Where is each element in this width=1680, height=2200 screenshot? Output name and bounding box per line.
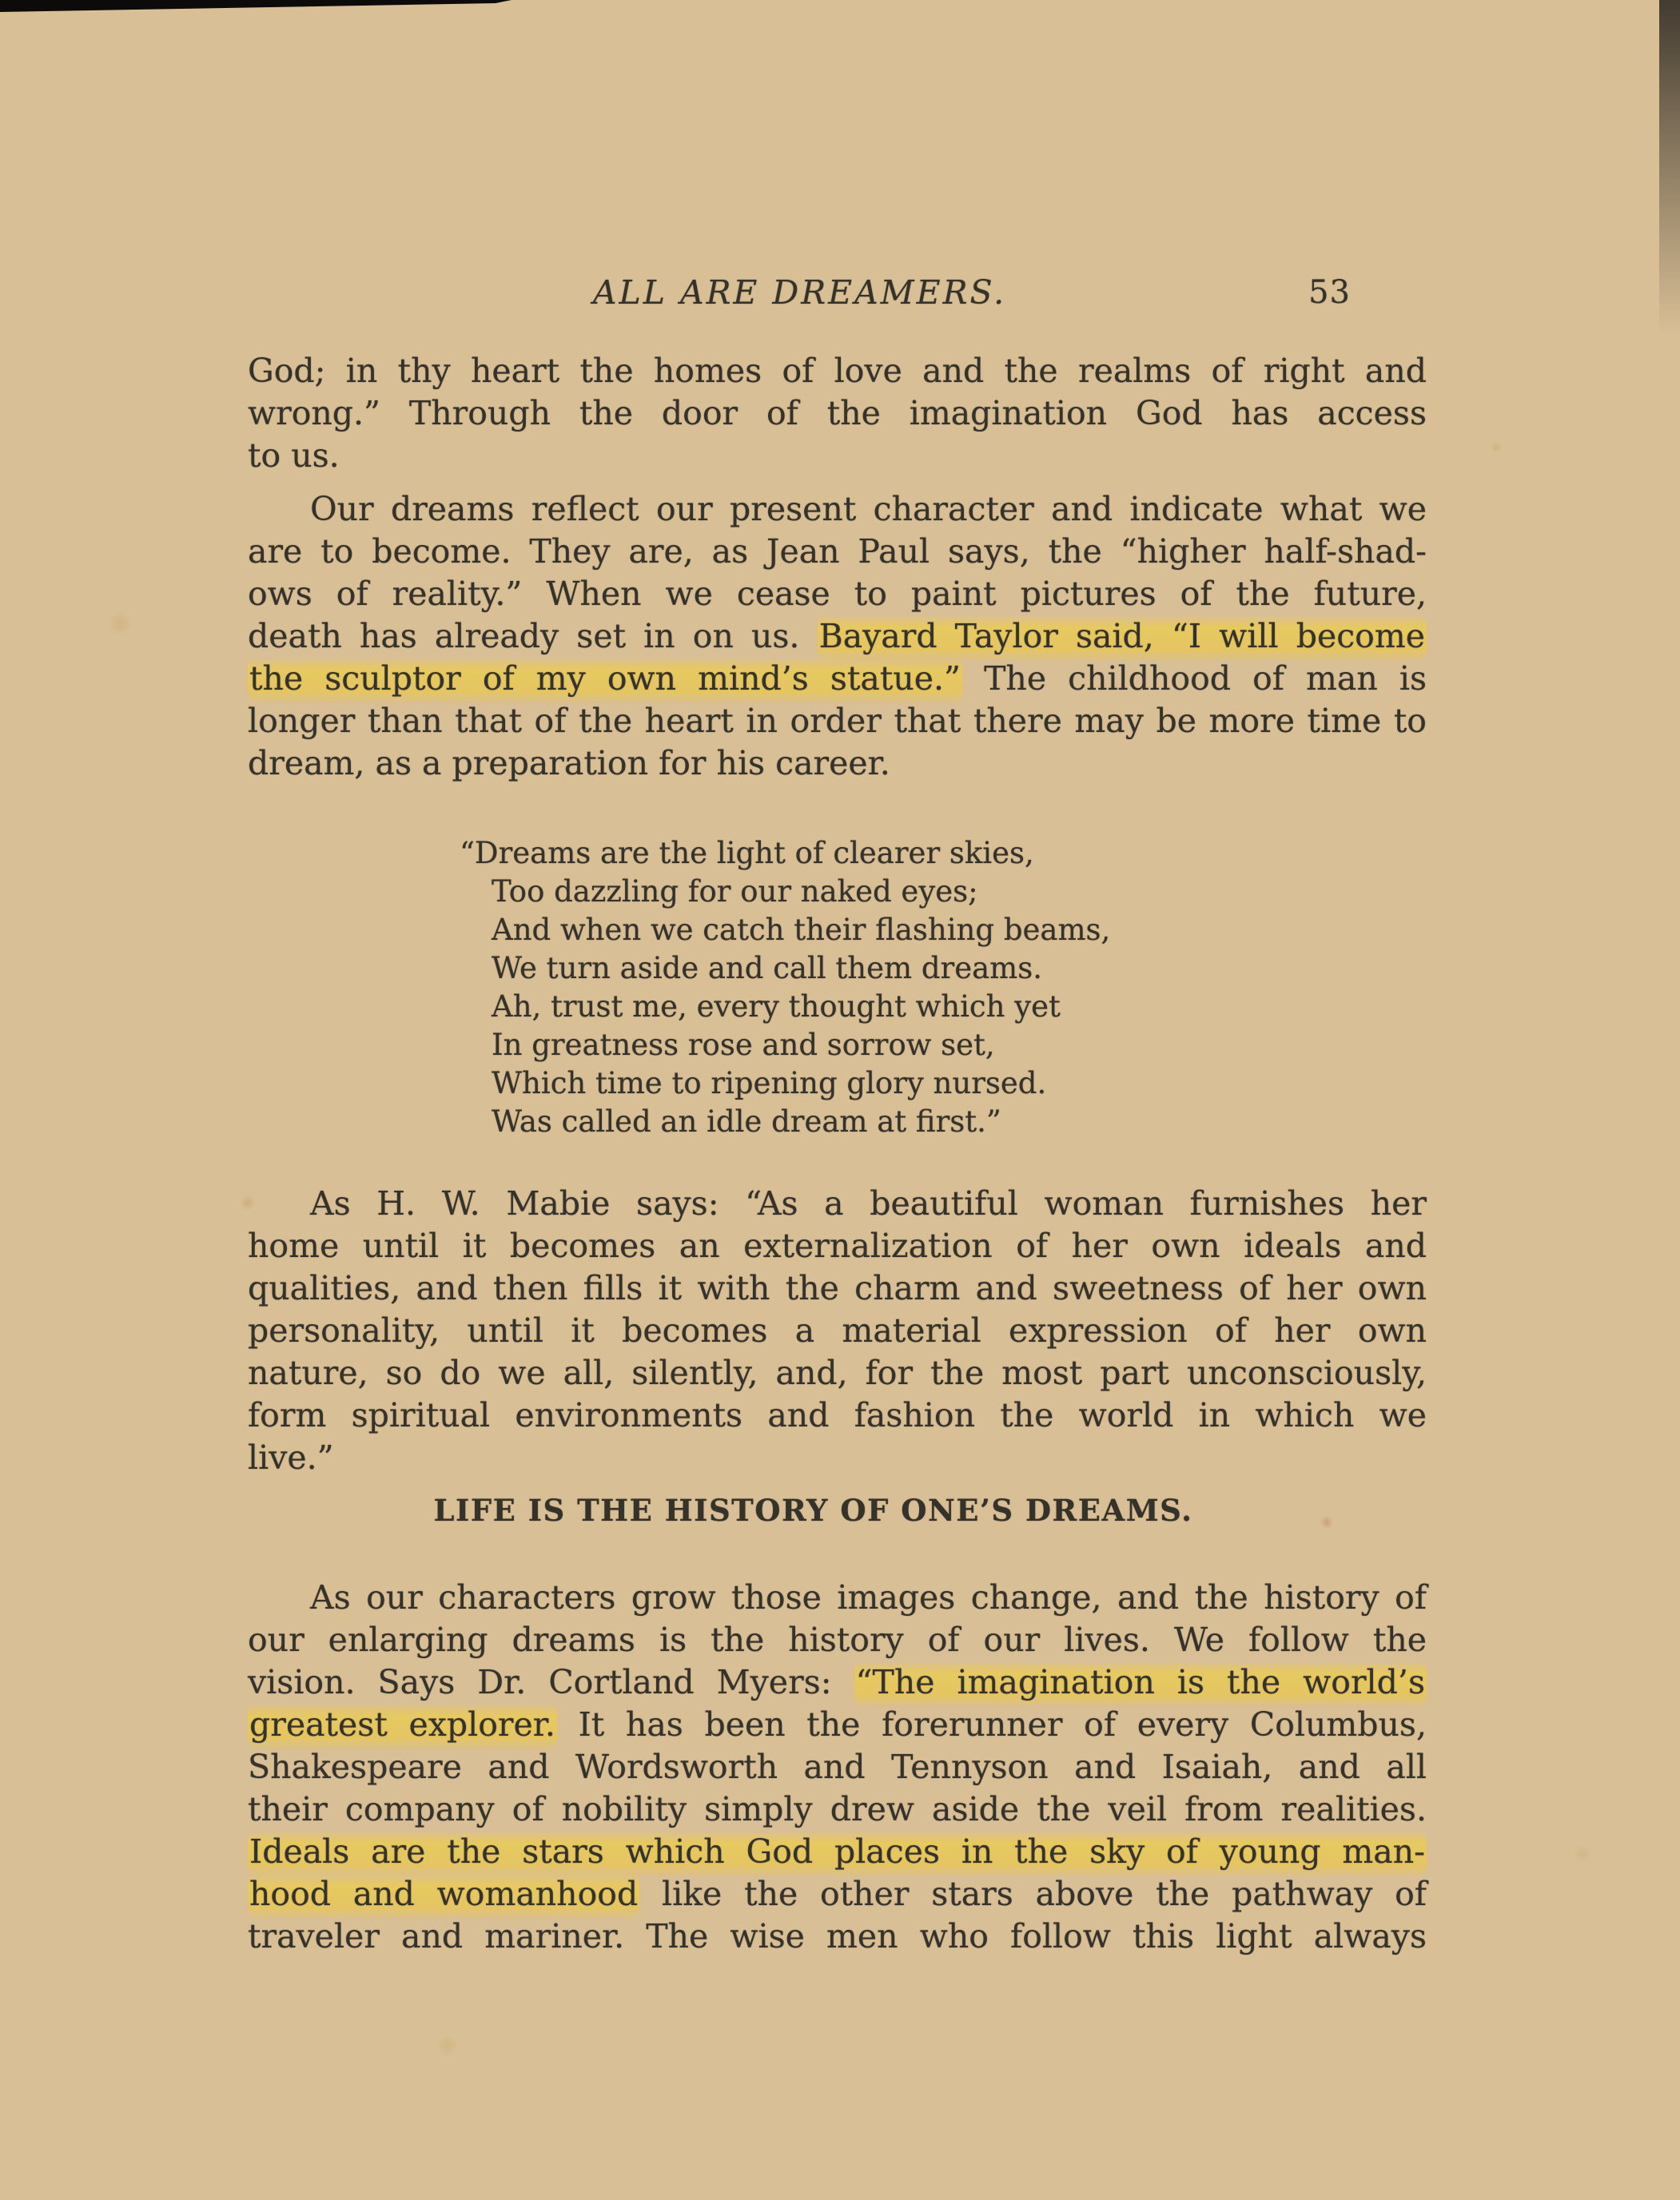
highlighted-text: Ideals are the stars which God places in…	[248, 1832, 1427, 1871]
poem-line: Too dazzling for our naked eyes;	[492, 873, 1427, 911]
text-segment: The childhood of man is	[962, 659, 1427, 698]
text-line: their company of nobility simply drew as…	[248, 1788, 1427, 1831]
text-line: our enlarging dreams is the history of o…	[248, 1619, 1427, 1661]
paragraph: As H. W. Mabie says: “As a beautiful wom…	[248, 1183, 1427, 1479]
text-segment: qualities, and then fills it with the ch…	[248, 1269, 1427, 1307]
text-segment: As H. W. Mabie says: “As a beautiful wom…	[310, 1184, 1427, 1223]
running-header-row: ALL ARE DREAMERS. 53	[248, 272, 1427, 314]
poem-line: And when we catch their flashing beams,	[492, 911, 1427, 949]
text-segment: their company of nobility simply drew as…	[248, 1790, 1427, 1828]
text-line: qualities, and then fills it with the ch…	[248, 1267, 1427, 1310]
text-segment: nature, so do we all, silently, and, for…	[248, 1354, 1427, 1392]
poem-line: Which time to ripening glory nursed.	[492, 1064, 1427, 1103]
text-line: the sculptor of my own mind’s statue.” T…	[248, 658, 1427, 700]
running-header: ALL ARE DREAMERS.	[248, 272, 1352, 314]
text-segment: like the other stars above the pathway o…	[639, 1875, 1427, 1913]
text-line: dream, as a preparation for his career.	[248, 742, 1427, 785]
section-heading: LIFE IS THE HISTORY OF ONE’S DREAMS.	[248, 1490, 1379, 1530]
text-segment: Shakespeare and Wordsworth and Tennyson …	[248, 1748, 1427, 1786]
text-line: longer than that of the heart in order t…	[248, 700, 1427, 742]
book-page-scan: ALL ARE DREAMERS. 53 God; in thy heart t…	[0, 0, 1680, 2200]
text-line: are to become. They are, as Jean Paul sa…	[248, 531, 1427, 573]
text-line: home until it becomes an externalization…	[248, 1225, 1427, 1267]
text-line: Ideals are the stars which God places in…	[248, 1831, 1427, 1873]
poem-line: Was called an idle dream at first.”	[492, 1103, 1427, 1141]
text-line: God; in thy heart the homes of love and …	[248, 350, 1427, 392]
text-segment: live.”	[248, 1438, 334, 1477]
text-line: personality, until it becomes a material…	[248, 1310, 1427, 1352]
text-segment: Our dreams reflect our present character…	[310, 490, 1427, 528]
highlighted-text: greatest explorer.	[248, 1705, 557, 1744]
poem: “Dreams are the light of clearer skies,T…	[460, 834, 1427, 1141]
text-segment: God; in thy heart the homes of love and …	[248, 352, 1427, 390]
text-line: As our characters grow those images chan…	[248, 1577, 1427, 1619]
text-segment: home until it becomes an externalization…	[248, 1227, 1427, 1265]
book-fore-edge-shadow	[1659, 0, 1680, 336]
text-line: live.”	[248, 1437, 1427, 1479]
text-line: Shakespeare and Wordsworth and Tennyson …	[248, 1746, 1427, 1788]
text-segment: death has already set in on us.	[248, 617, 818, 655]
text-line: traveler and mariner. The wise men who f…	[248, 1916, 1427, 1958]
highlighted-text: Bayard Taylor said, “I will become	[818, 617, 1427, 655]
text-line: vision. Says Dr. Cortland Myers: “The im…	[248, 1661, 1427, 1704]
text-line: to us.	[248, 435, 1427, 477]
text-segment: wrong.” Through the door of the imaginat…	[248, 394, 1427, 432]
text-segment: are to become. They are, as Jean Paul sa…	[248, 532, 1427, 571]
text-segment: form spiritual environments and fashion …	[248, 1396, 1427, 1434]
text-segment: personality, until it becomes a material…	[248, 1311, 1427, 1350]
text-segment: It has been the forerunner of every Colu…	[557, 1705, 1427, 1744]
paragraph: As our characters grow those images chan…	[248, 1577, 1427, 1958]
page-body: God; in thy heart the homes of love and …	[248, 350, 1427, 1958]
text-line: form spiritual environments and fashion …	[248, 1394, 1427, 1437]
highlighted-text: the sculptor of my own mind’s statue.”	[248, 659, 962, 698]
text-line: hood and womanhood like the other stars …	[248, 1873, 1427, 1916]
text-segment: longer than that of the heart in order t…	[248, 702, 1427, 740]
poem-line: In greatness rose and sorrow set,	[492, 1026, 1427, 1064]
paragraph: God; in thy heart the homes of love and …	[248, 350, 1427, 477]
paragraph: Our dreams reflect our present character…	[248, 488, 1427, 785]
text-line: greatest explorer. It has been the forer…	[248, 1704, 1427, 1746]
text-segment: As our characters grow those images chan…	[310, 1578, 1427, 1617]
text-segment: ows of reality.” When we cease to paint …	[248, 575, 1427, 613]
text-segment: our enlarging dreams is the history of o…	[248, 1621, 1427, 1659]
text-segment: dream, as a preparation for his career.	[248, 744, 890, 782]
text-line: Our dreams reflect our present character…	[248, 488, 1427, 531]
poem-line: Ah, trust me, every thought which yet	[492, 988, 1427, 1026]
text-segment: traveler and mariner. The wise men who f…	[248, 1917, 1427, 1955]
text-segment: vision. Says Dr. Cortland Myers:	[248, 1663, 854, 1701]
text-line: nature, so do we all, silently, and, for…	[248, 1352, 1427, 1394]
page-number: 53	[1308, 272, 1351, 314]
text-line: death has already set in on us. Bayard T…	[248, 615, 1427, 658]
text-line: ows of reality.” When we cease to paint …	[248, 573, 1427, 615]
highlighted-text: hood and womanhood	[248, 1875, 639, 1913]
poem-line: “Dreams are the light of clearer skies,	[460, 834, 1427, 873]
text-line: As H. W. Mabie says: “As a beautiful wom…	[248, 1183, 1427, 1225]
poem-line: We turn aside and call them dreams.	[492, 949, 1427, 988]
text-block: ALL ARE DREAMERS. 53 God; in thy heart t…	[248, 272, 1427, 1958]
text-segment: to us.	[248, 436, 340, 475]
text-line: wrong.” Through the door of the imaginat…	[248, 392, 1427, 435]
highlighted-text: “The imagination is the world’s	[854, 1663, 1427, 1701]
